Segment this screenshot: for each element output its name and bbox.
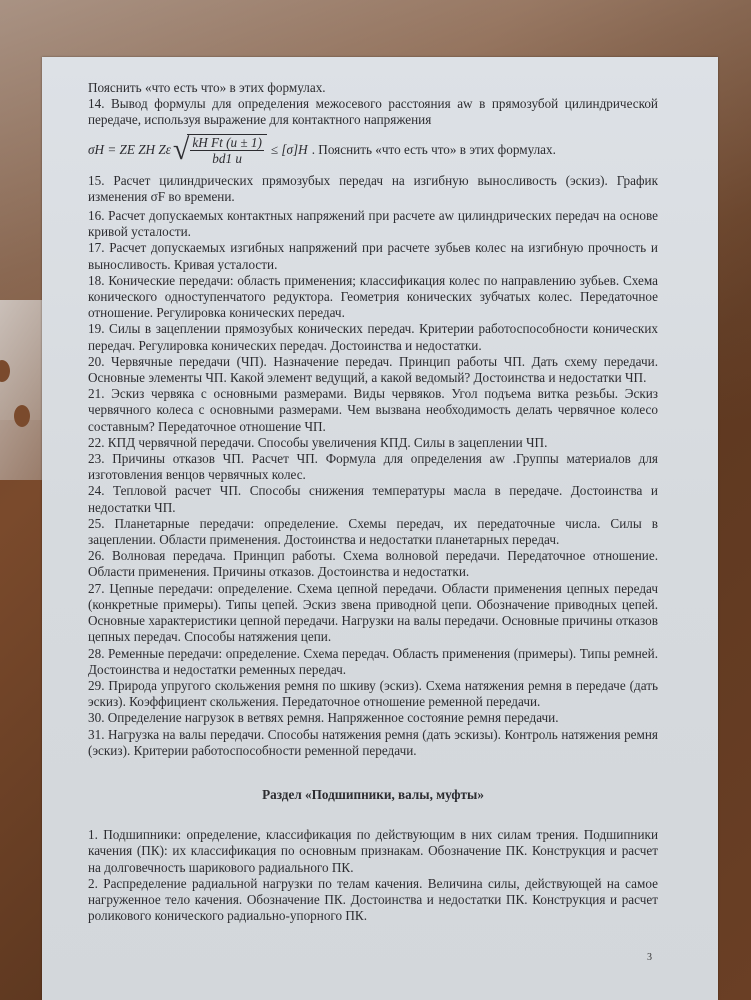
section-question-1: 1. Подшипники: определение, классификаци… [88, 827, 658, 876]
section-question-2: 2. Распределение радиальной нагрузки по … [88, 876, 658, 925]
sqrt: √ kH Ft (u ± 1) bd1 u [173, 134, 267, 166]
question-24: 24. Тепловой расчет ЧП. Способы снижения… [88, 483, 658, 515]
question-29: 29. Природа упругого скольжения ремня по… [88, 678, 658, 710]
punch-hole [14, 405, 30, 427]
punch-hole [0, 360, 10, 382]
question-20: 20. Червячные передачи (ЧП). Назначение … [88, 354, 658, 386]
question-26: 26. Волновая передача. Принцип работы. С… [88, 548, 658, 580]
question-23: 23. Причины отказов ЧП. Расчет ЧП. Форму… [88, 451, 658, 483]
contact-stress-formula: σH = ZE ZH Zε √ kH Ft (u ± 1) bd1 u ≤ [σ… [88, 134, 308, 166]
question-28: 28. Ременные передачи: определение. Схем… [88, 646, 658, 678]
formula-explanation: . Пояснить «что есть что» в этих формула… [312, 142, 556, 158]
question-19: 19. Силы в зацеплении прямозубых коничес… [88, 321, 658, 353]
question-22: 22. КПД червячной передачи. Способы увел… [88, 435, 658, 451]
question-31: 31. Нагрузка на валы передачи. Способы н… [88, 727, 658, 759]
intro-line: Пояснить «что есть что» в этих формулах. [88, 80, 658, 96]
question-17: 17. Расчет допускаемых изгибных напряжен… [88, 240, 658, 272]
contact-stress-formula-line: σH = ZE ZH Zε √ kH Ft (u ± 1) bd1 u ≤ [σ… [88, 130, 658, 170]
section-title: Раздел «Подшипники, валы, муфты» [88, 787, 658, 803]
formula-rhs: ≤ [σ]H [271, 142, 308, 158]
punch-strip [0, 300, 42, 480]
page-content: Пояснить «что есть что» в этих формулах.… [88, 80, 658, 924]
question-27: 27. Цепные передачи: определение. Схема … [88, 581, 658, 646]
document-page: Пояснить «что есть что» в этих формулах.… [42, 57, 718, 1000]
page-number: 3 [647, 952, 652, 963]
question-18: 18. Конические передачи: область примене… [88, 273, 658, 322]
question-21: 21. Эскиз червяка с основными размерами.… [88, 386, 658, 435]
formula-numerator: kH Ft (u ± 1) [190, 135, 264, 151]
question-25: 25. Планетарные передачи: определение. С… [88, 516, 658, 548]
question-15: 15. Расчет цилиндрических прямозубых пер… [88, 173, 658, 205]
question-16: 16. Расчет допускаемых контактных напряж… [88, 208, 658, 240]
fraction: kH Ft (u ± 1) bd1 u [187, 134, 267, 166]
formula-lhs: σH = ZE ZH Zε [88, 142, 171, 158]
question-30: 30. Определение нагрузок в ветвях ремня.… [88, 710, 658, 726]
question-14: 14. Вывод формулы для определения межосе… [88, 96, 658, 128]
formula-denominator: bd1 u [212, 151, 242, 166]
